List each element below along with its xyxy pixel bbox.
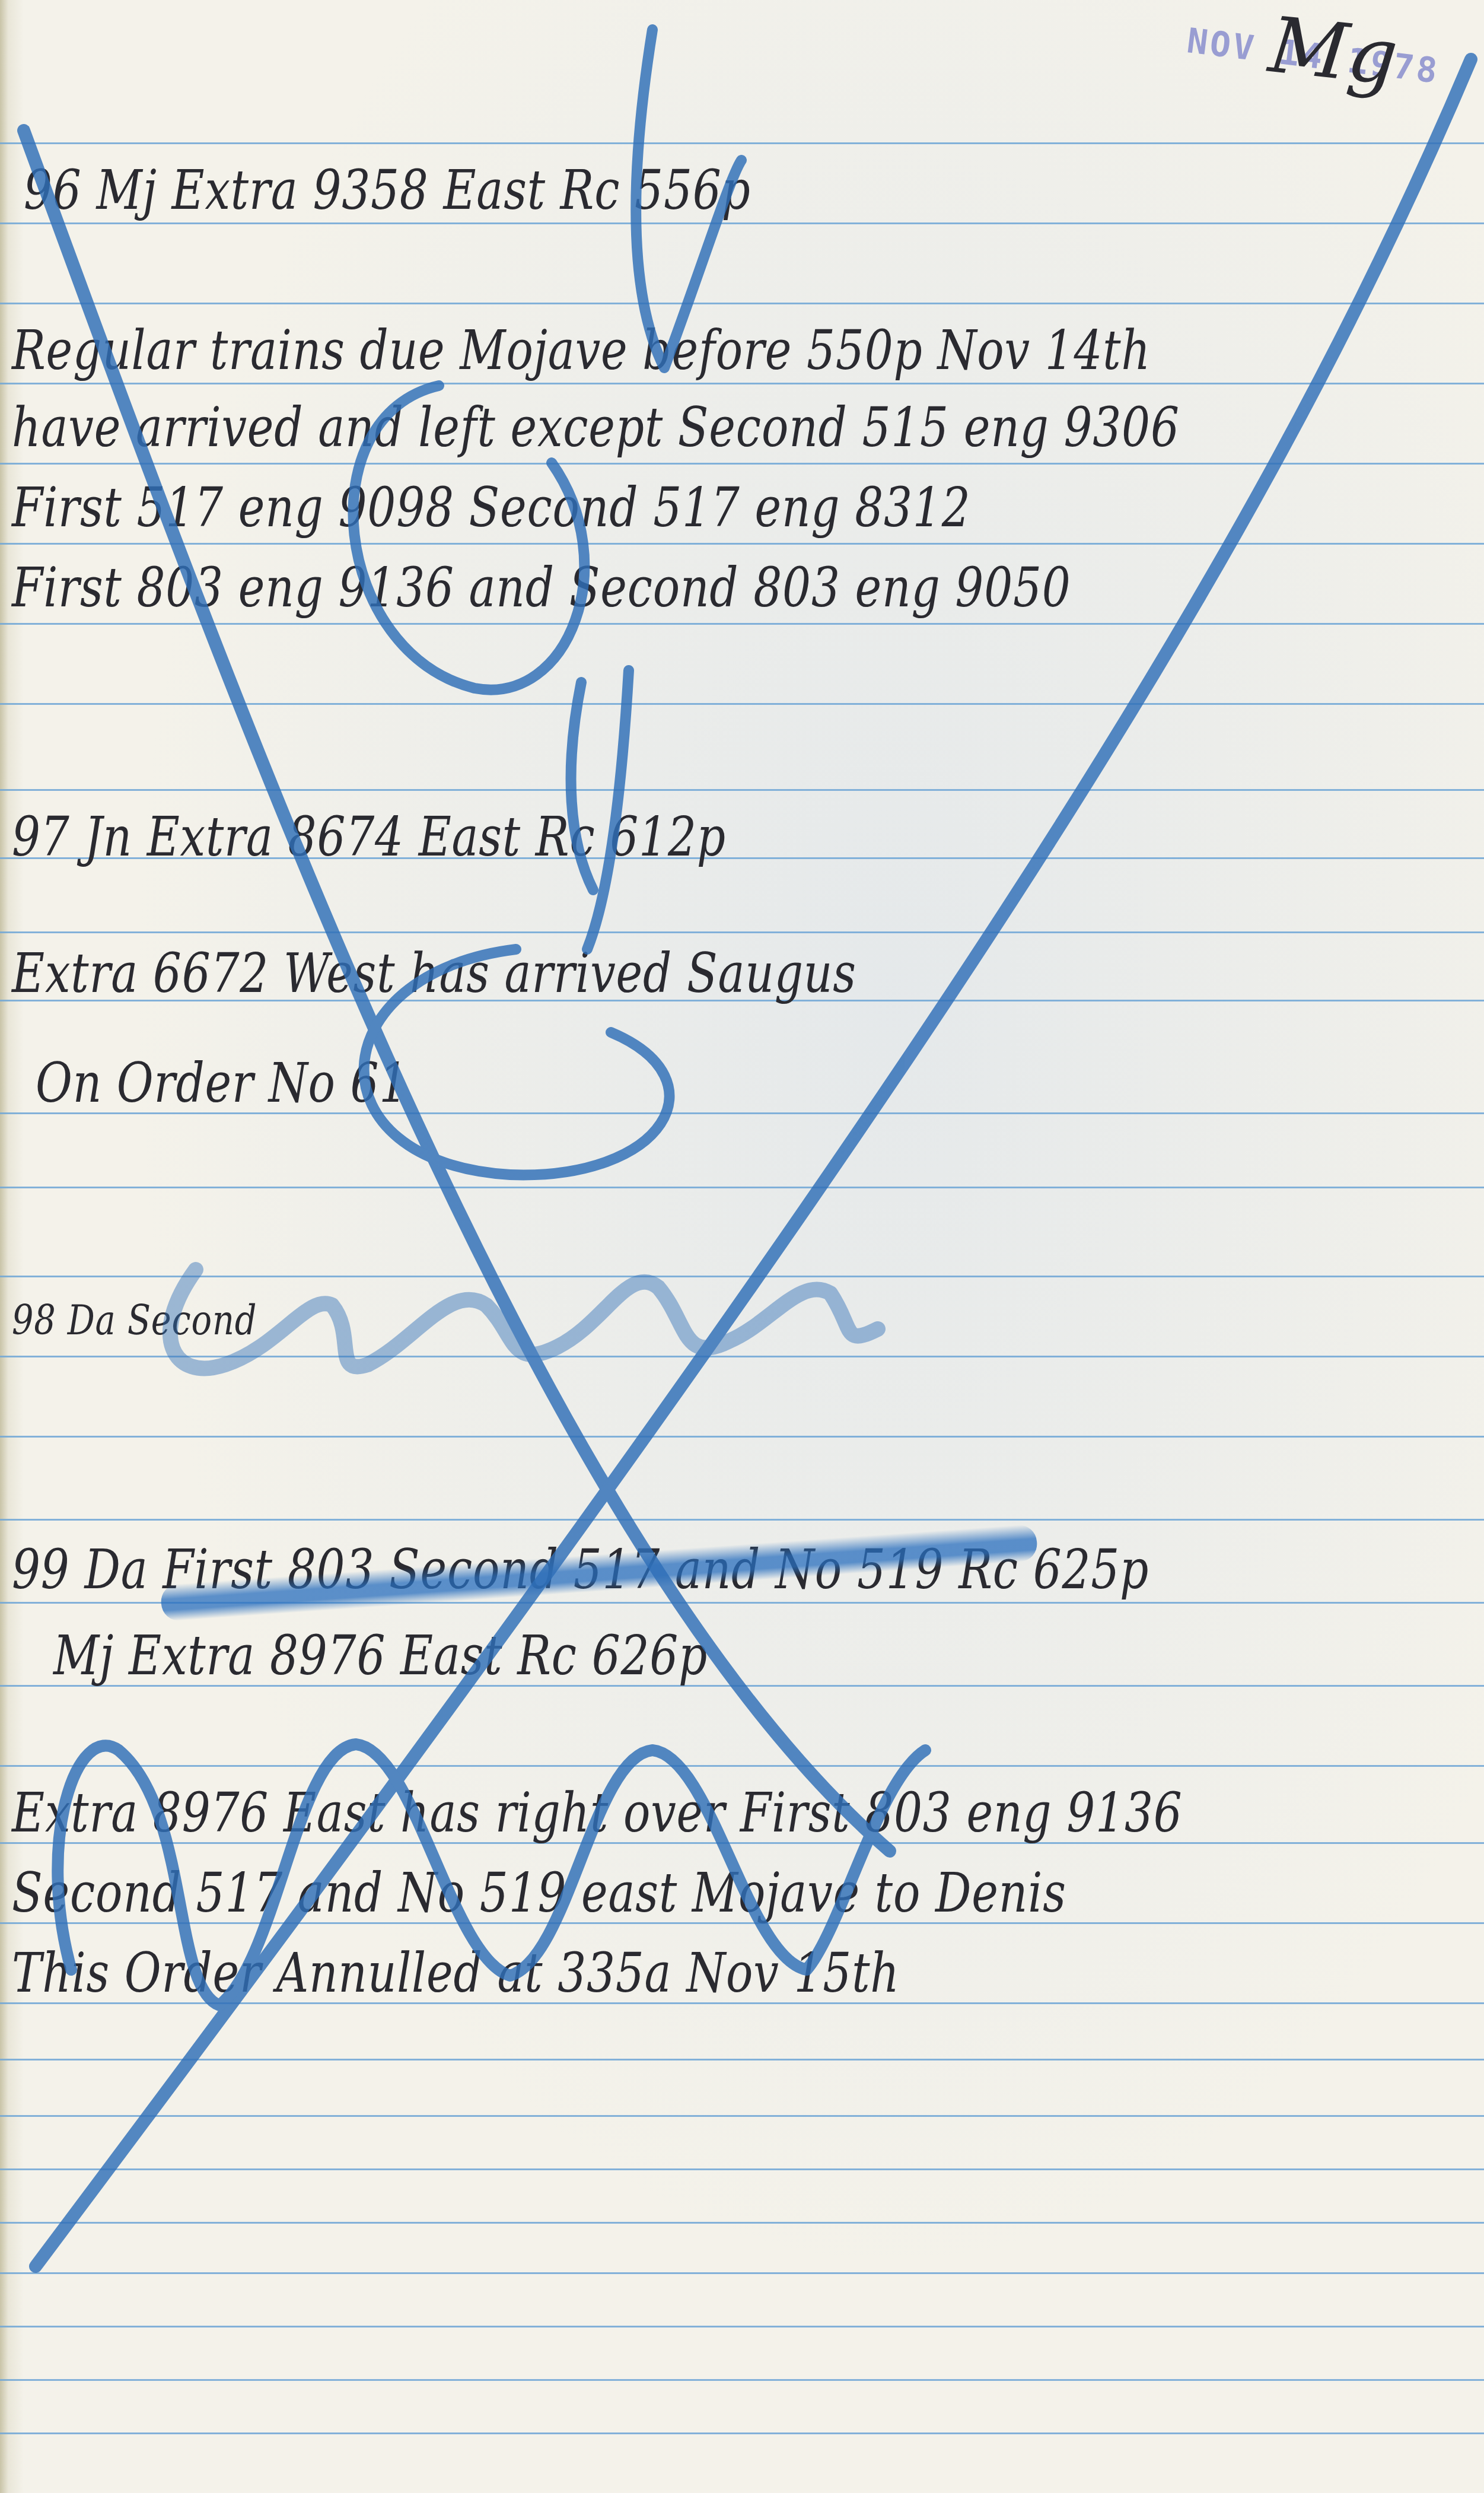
ledger-page: NOV 14 1978 Mg 96 Mj Extra 9358 East Rc … bbox=[0, 0, 1484, 2493]
crayon-cancel-marks bbox=[0, 0, 1484, 2493]
